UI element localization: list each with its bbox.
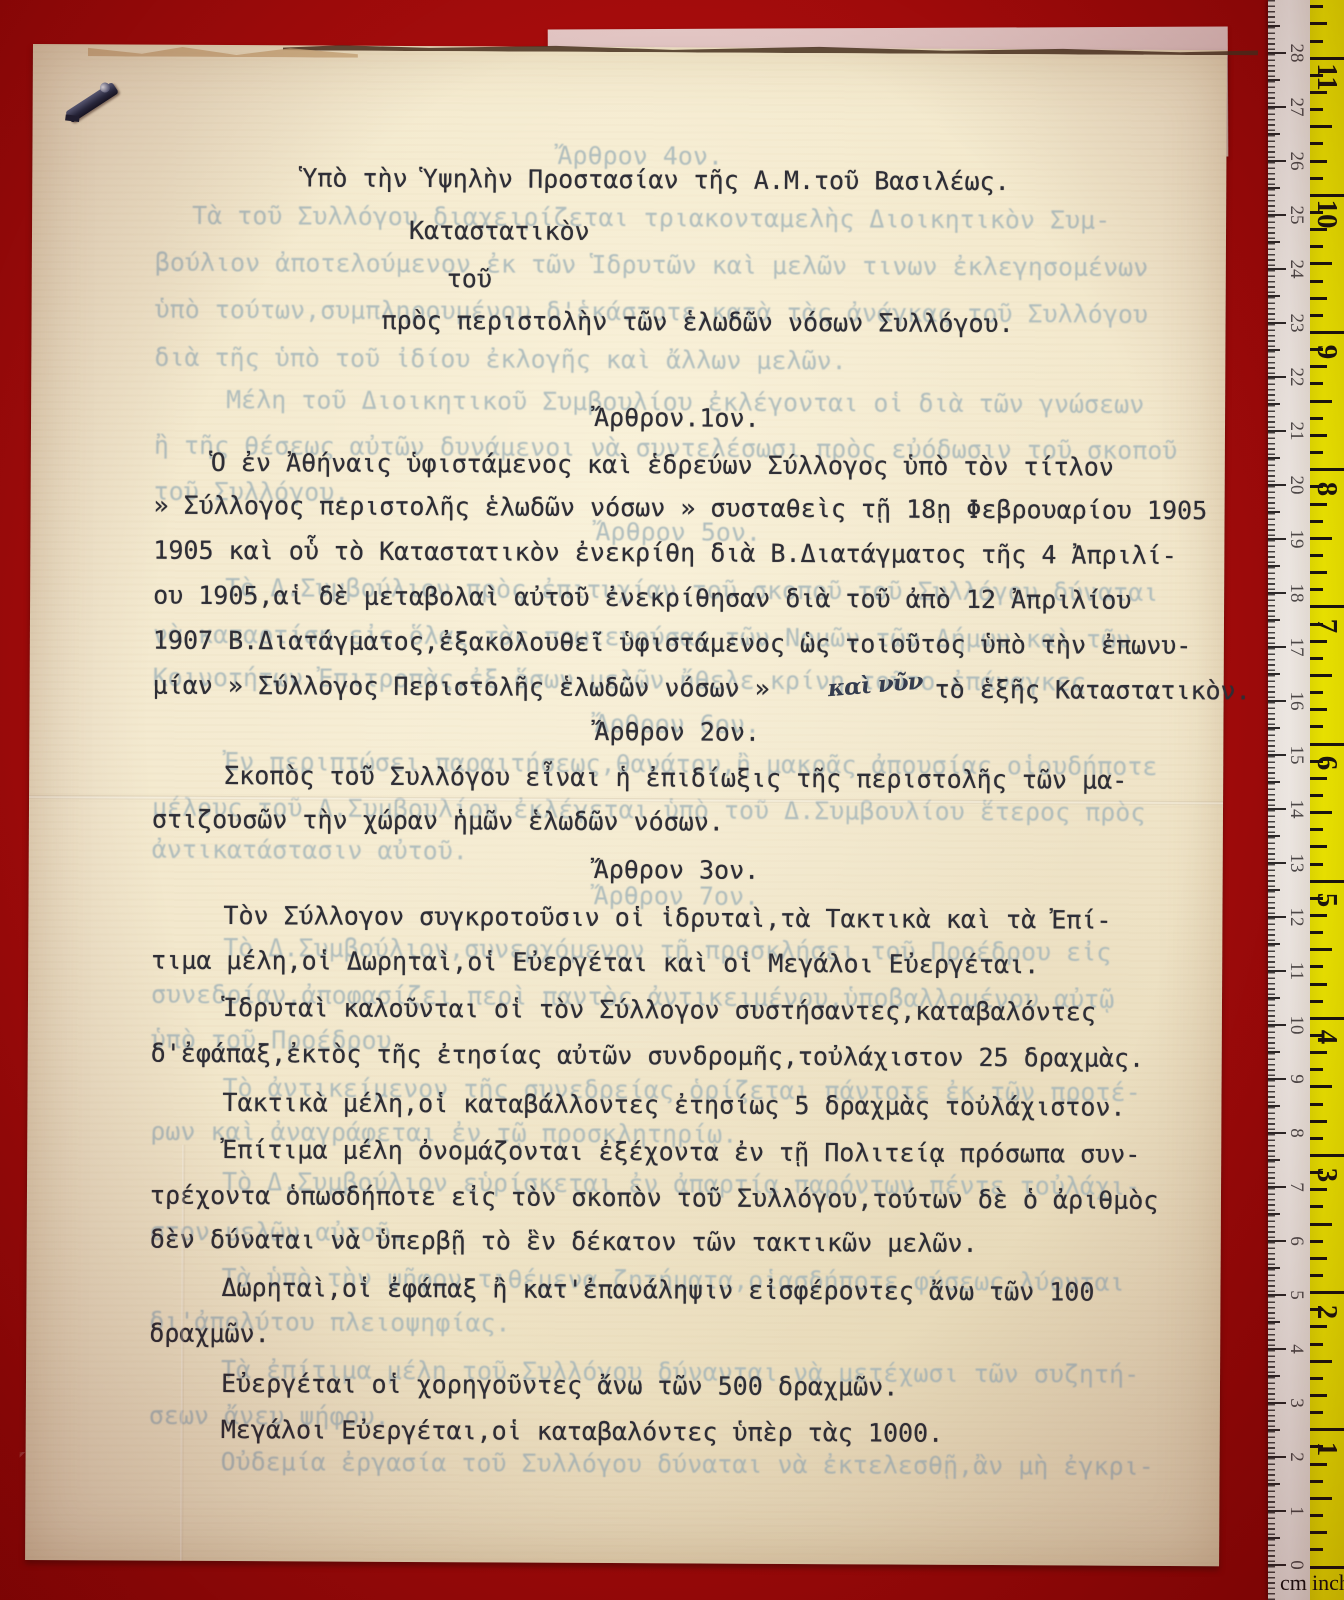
cm-tick: [1268, 1294, 1286, 1296]
half-cm-tick: [1268, 889, 1280, 891]
cm-tick: [1268, 1024, 1286, 1026]
half-cm-tick: [1268, 1321, 1280, 1323]
inch-tick: [1310, 1240, 1323, 1243]
typed-line: τρέχοντα ὁπωσδήποτε εἰς τὸν σκοπὸν τοῦ Σ…: [150, 1183, 1159, 1213]
inch-tick: [1310, 657, 1323, 660]
inch-tick: [1310, 674, 1332, 677]
folded-corner-bottom-left: [19, 1452, 114, 1547]
half-cm-tick: [1268, 1213, 1280, 1215]
typed-line: Τὸν Σύλλογον συγκροτοῦσιν οἱ ἱδρυταὶ,τὰ …: [223, 903, 1111, 933]
inch-tick: [1310, 331, 1344, 334]
half-cm-tick: [1268, 1267, 1280, 1269]
inch-tick: [1310, 1068, 1323, 1071]
typed-line: Ὁ ἐν Ἀθήναις ὑφιστάμενος καὶ ἑδρεύων Σύλ…: [211, 450, 1114, 480]
inch-number: 3: [1314, 1160, 1340, 1190]
half-cm-tick: [1268, 781, 1280, 783]
cm-tick: [1268, 1078, 1286, 1080]
typed-line: Ἱδρυταὶ καλοῦνται οἱ τὸν Σύλλογον συστήσ…: [223, 995, 1096, 1025]
cm-tick: [1268, 268, 1286, 270]
inch-tick: [1310, 691, 1323, 694]
typed-line: Μεγάλοι Εὐεργέται,οἱ καταβαλόντες ὑπὲρ τ…: [221, 1417, 944, 1446]
typed-line: Ἄρθρον 3ον.: [594, 857, 760, 883]
cm-number: 8: [1286, 1121, 1306, 1145]
cm-tick: [1268, 1186, 1286, 1188]
inch-tick: [1310, 1497, 1332, 1500]
inch-tick: [1310, 1480, 1323, 1483]
inch-tick: [1310, 177, 1323, 180]
cm-number: 28: [1286, 41, 1306, 65]
cm-tick: [1268, 430, 1286, 432]
inch-tick: [1310, 40, 1323, 43]
cm-number: 14: [1286, 797, 1306, 821]
inch-tick: [1310, 382, 1323, 385]
half-cm-tick: [1268, 511, 1280, 513]
typed-line: Τακτικὰ μέλη,οἱ καταβάλλοντες ἐτησίως 5 …: [222, 1090, 1125, 1120]
inch-tick: [1310, 1205, 1323, 1208]
typed-line: τὸ ἑξῆς Καταστατικὸν.: [935, 677, 1251, 704]
inch-tick: [1310, 1137, 1323, 1140]
inch-tick: [1310, 262, 1332, 265]
cm-number: 25: [1286, 203, 1306, 227]
typed-line: πρὸς περιστολὴν τῶν ἑλωδῶν νόσων Συλλόγο…: [381, 308, 1013, 336]
cm-tick: [1268, 1240, 1286, 1242]
typed-line: ου 1905,αἱ δὲ μεταβολαὶ αὐτοῦ ἐνεκρίθησα…: [153, 583, 1131, 613]
inch-number: 1: [1314, 1434, 1340, 1464]
cm-tick: [1268, 592, 1286, 594]
ghost-line: Τὰ τοῦ Συλλόγου διαχειρίζεται τριακονταμ…: [192, 203, 1110, 233]
typed-line: δ'ἐφάπαξ,ἐκτὸς τῆς ἐτησίας αὐτῶν συνδρομ…: [151, 1041, 1145, 1071]
cm-tick: [1268, 106, 1286, 108]
cm-tick: [1268, 1510, 1286, 1512]
inch-tick: [1310, 160, 1327, 163]
cm-number: 20: [1286, 473, 1306, 497]
inch-tick: [1310, 588, 1323, 591]
cm-tick: [1268, 1456, 1286, 1458]
inch-tick: [1310, 983, 1327, 986]
inch-tick: [1310, 125, 1332, 128]
cm-number: 21: [1286, 419, 1306, 443]
inch-tick: [1310, 845, 1327, 848]
inch-tick: [1310, 948, 1332, 951]
cm-tick: [1268, 700, 1286, 702]
cm-tick: [1268, 538, 1286, 540]
cm-tick: [1268, 862, 1286, 864]
cm-tick: [1268, 970, 1286, 972]
typed-line: Σκοπὸς τοῦ Συλλόγου εἶναι ἡ ἐπιδίωξις τῆ…: [224, 763, 1127, 793]
inch-tick: [1310, 1000, 1323, 1003]
inch-number: 9: [1314, 337, 1340, 367]
typed-line: δραχμῶν.: [149, 1321, 270, 1347]
half-cm-tick: [1268, 835, 1280, 837]
cm-number: 27: [1286, 95, 1306, 119]
inch-tick: [1310, 22, 1327, 25]
cm-number: 17: [1286, 635, 1306, 659]
cm-tick: [1268, 322, 1286, 324]
cm-number: 3: [1286, 1391, 1306, 1415]
cm-tick: [1268, 646, 1286, 648]
inch-number: 7: [1314, 611, 1340, 641]
inch-tick: [1310, 811, 1332, 814]
inch-number: 2: [1314, 1297, 1340, 1327]
half-cm-tick: [1268, 25, 1280, 27]
inch-tick: [1310, 1394, 1327, 1397]
half-cm-tick: [1268, 565, 1280, 567]
typed-line: Ἄρθρον 2ον.: [594, 719, 760, 745]
inch-tick: [1310, 1428, 1344, 1431]
typed-line: 1905 καὶ οὗ τὸ Καταστατικὸν ἐνεκρίθη διὰ…: [153, 538, 1177, 568]
cm-number: 16: [1286, 689, 1306, 713]
inch-tick: [1310, 1103, 1323, 1106]
inch-tick: [1310, 194, 1344, 197]
typed-line: στιζουσῶν τὴν χώραν ἡμῶν ἑλωδῶν νόσων.: [152, 807, 724, 835]
photo-scene: Ἄρθρον 4ον.Τὰ τοῦ Συλλόγου διαχειρίζεται…: [0, 0, 1344, 1600]
cm-tick: [1268, 52, 1286, 54]
inch-tick: [1310, 1377, 1323, 1380]
inch-tick: [1310, 297, 1327, 300]
cm-tick: [1268, 808, 1286, 810]
half-cm-tick: [1268, 457, 1280, 459]
inch-tick: [1310, 1274, 1323, 1277]
typed-line: » Σύλλογος περιστολῆς ἑλωδῶν νόσων » συσ…: [154, 493, 1208, 524]
inch-tick: [1310, 605, 1344, 608]
cm-number: 5: [1286, 1283, 1306, 1307]
half-cm-tick: [1268, 241, 1280, 243]
inch-tick: [1310, 1343, 1323, 1346]
inch-tick: [1310, 1548, 1323, 1551]
inch-tick: [1310, 1257, 1327, 1260]
inch-tick: [1310, 554, 1323, 557]
inch-tick: [1310, 1291, 1344, 1294]
cm-tick: [1268, 376, 1286, 378]
cm-number: 12: [1286, 905, 1306, 929]
cm-number: 13: [1286, 851, 1306, 875]
cm-number: 23: [1286, 311, 1306, 335]
typed-line: μίαν » Σύλλογος Περιστολῆς ἑλωδῶν νόσων …: [153, 673, 770, 701]
inch-tick: [1310, 571, 1327, 574]
inch-tick: [1310, 451, 1323, 454]
cm-tick: [1268, 1564, 1286, 1566]
inch-tick: [1310, 828, 1323, 831]
ghost-line: Οὐδεμία ἐργασία τοῦ Συλλόγου δύναται νὰ …: [221, 1449, 1154, 1479]
cm-number: 1: [1286, 1499, 1306, 1523]
cm-number: 2: [1286, 1445, 1306, 1469]
typed-line: Ἄρθρον.1ον.: [594, 405, 760, 431]
inch-tick: [1310, 1360, 1332, 1363]
inch-tick: [1310, 520, 1323, 523]
cm-tick: [1268, 1132, 1286, 1134]
half-cm-tick: [1268, 349, 1280, 351]
cm-tick: [1268, 1402, 1286, 1404]
half-cm-tick: [1268, 79, 1280, 81]
half-cm-tick: [1268, 1483, 1280, 1485]
inch-tick: [1310, 794, 1323, 797]
inch-tick: [1310, 1017, 1344, 1020]
inch-tick: [1310, 743, 1344, 746]
inch-tick: [1310, 434, 1327, 437]
typed-line: Δωρηταὶ,οἱ ἐφάπαξ ἢ κατ'ἐπανάληψιν εἰσφέ…: [221, 1275, 1094, 1305]
inch-tick: [1310, 400, 1332, 403]
inch-tick: [1310, 1120, 1327, 1123]
inch-tick: [1310, 863, 1323, 866]
inch-tick: [1310, 108, 1323, 111]
half-cm-tick: [1268, 403, 1280, 405]
half-cm-tick: [1268, 1537, 1280, 1539]
ruler: cm inch 01234567891011121314151617181920…: [1268, 0, 1344, 1600]
inch-number: 6: [1314, 748, 1340, 778]
document-page: Ἄρθρον 4ον.Τὰ τοῦ Συλλόγου διαχειρίζεται…: [25, 44, 1227, 1566]
cm-tick: [1268, 916, 1286, 918]
handwritten-annotation: καὶ νῦν: [827, 669, 924, 702]
typed-line: Ἐπίτιμα μέλη ὀνομάζονται ἐξέχοντα ἐν τῇ …: [222, 1137, 1140, 1167]
cm-number: 19: [1286, 527, 1306, 551]
cm-tick: [1268, 160, 1286, 162]
inch-tick: [1310, 965, 1323, 968]
inch-tick: [1310, 1514, 1323, 1517]
inch-tick: [1310, 5, 1323, 8]
inch-number: 4: [1314, 1022, 1340, 1052]
cm-number: 9: [1286, 1067, 1306, 1091]
half-cm-tick: [1268, 1159, 1280, 1161]
inch-tick: [1310, 725, 1323, 728]
cm-tick: [1268, 214, 1286, 216]
cm-number: 15: [1286, 743, 1306, 767]
inch-tick: [1310, 537, 1332, 540]
half-cm-tick: [1268, 997, 1280, 999]
inch-tick: [1310, 1411, 1323, 1414]
typed-line: Ὑπὸ τὴν Ὑψηλὴν Προστασίαν τῆς Α.Μ.τοῦ Βα…: [302, 165, 1010, 194]
cm-number: 22: [1286, 365, 1306, 389]
typed-line: τιμα μέλη,οἱ Δωρηταὶ,οἱ Εὐεργέται καὶ οἱ…: [151, 948, 1039, 978]
typed-line: Εὐεργέται οἱ χορηγοῦντες ἄνω τῶν 500 δρα…: [221, 1371, 898, 1400]
inch-tick: [1310, 280, 1323, 283]
half-cm-tick: [1268, 673, 1280, 675]
cm-number: 26: [1286, 149, 1306, 173]
cm-tick: [1268, 1348, 1286, 1350]
cm-number: 4: [1286, 1337, 1306, 1361]
cm-number: 10: [1286, 1013, 1306, 1037]
inch-tick: [1310, 245, 1323, 248]
half-cm-tick: [1268, 1375, 1280, 1377]
inch-tick: [1310, 314, 1323, 317]
inch-tick: [1310, 57, 1344, 60]
inch-tick: [1310, 1566, 1344, 1569]
inch-tick: [1310, 468, 1344, 471]
cm-tick: [1268, 754, 1286, 756]
inch-tick: [1310, 1531, 1327, 1534]
ghost-line: διὰ τῆς ὑπὸ τοῦ ἰδίου ἐκλογῆς καὶ ἄλλων …: [154, 345, 846, 374]
half-cm-tick: [1268, 187, 1280, 189]
ghost-line: βούλιον ἀποτελούμενον ἐκ τῶν Ἱδρυτῶν καὶ…: [155, 250, 1149, 280]
ghost-line: ἀντικατάστασιν αὐτοῦ.: [152, 837, 468, 864]
inch-tick: [1310, 880, 1344, 883]
half-cm-tick: [1268, 943, 1280, 945]
inch-tick: [1310, 931, 1323, 934]
inch-tick: [1310, 142, 1323, 145]
cm-number: 18: [1286, 581, 1306, 605]
half-cm-tick: [1268, 1105, 1280, 1107]
inch-number: 11: [1314, 62, 1340, 92]
typed-line: δὲν δύναται νὰ ὑπερβῇ τὸ ἓν δέκατον τῶν …: [150, 1227, 978, 1256]
inch-tick: [1310, 1085, 1332, 1088]
ruler-inch-label: inch: [1312, 1570, 1344, 1596]
half-cm-tick: [1268, 619, 1280, 621]
cm-number: 11: [1286, 959, 1306, 983]
typed-line: Καταστατικὸν: [409, 218, 590, 244]
half-cm-tick: [1268, 295, 1280, 297]
half-cm-tick: [1268, 1051, 1280, 1053]
inch-tick: [1310, 708, 1327, 711]
inch-tick: [1310, 1223, 1332, 1226]
inch-tick: [1310, 1154, 1344, 1157]
cm-number: 7: [1286, 1175, 1306, 1199]
half-cm-tick: [1268, 1429, 1280, 1431]
inch-number: 8: [1314, 474, 1340, 504]
cm-number: 0: [1286, 1553, 1306, 1577]
typed-line: 1907 Β.Διατάγματος,ἐξακολουθεῖ ὑφιστάμεν…: [153, 628, 1192, 658]
inch-number: 10: [1314, 199, 1340, 229]
cm-number: 6: [1286, 1229, 1306, 1253]
inch-tick: [1310, 417, 1323, 420]
half-cm-tick: [1268, 727, 1280, 729]
cm-tick: [1268, 484, 1286, 486]
cm-number: 24: [1286, 257, 1306, 281]
typed-line: τοῦ: [447, 266, 492, 291]
half-cm-tick: [1268, 133, 1280, 135]
inch-number: 5: [1314, 885, 1340, 915]
